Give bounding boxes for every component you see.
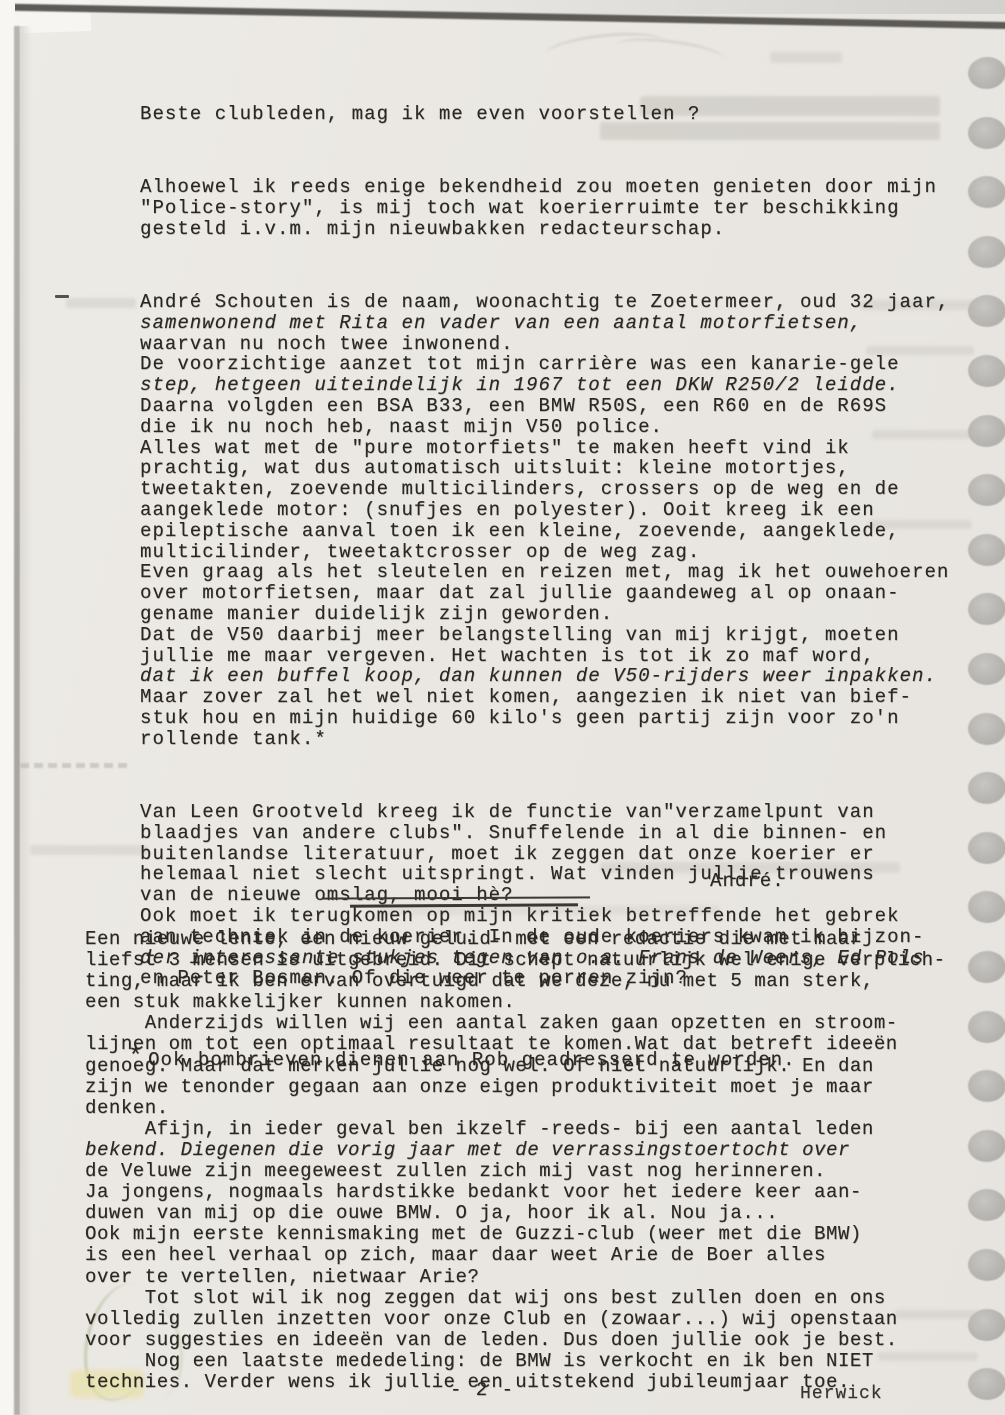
signature: André. xyxy=(710,870,785,892)
text-line: Alles wat met de "pure motorfiets" te ma… xyxy=(140,438,949,459)
page-left-edge-fade xyxy=(20,26,32,1415)
text-line: multicilinder, tweetaktcrosser op de weg… xyxy=(140,542,949,563)
binder-hole-dot xyxy=(968,832,1005,864)
text-line: volledig zullen inzetten voor onze Club … xyxy=(85,1309,946,1330)
text-line: step, hetgeen uiteindelijk in 1967 tot e… xyxy=(140,375,949,396)
text-line: Van Leen Grootveld kreeg ik de functie v… xyxy=(140,802,949,823)
text-line: liefst 3 mensen is uitgebreid. Dit schep… xyxy=(85,950,946,971)
binder-hole-dot xyxy=(968,653,1005,685)
text-line: de Veluwe zijn meegeweest zullen zich mi… xyxy=(85,1161,946,1182)
text-line: helemaal niet slecht uitspringt. Wat vin… xyxy=(140,864,949,885)
text-line: voor suggesties en ideeën van de leden. … xyxy=(85,1330,946,1351)
text-line: Ook mijn eerste kennismaking met de Guzz… xyxy=(85,1224,946,1245)
text-line: prachtig, wat dus automatisch uitsluit: … xyxy=(140,458,949,479)
text-line: is een heel verhaal op zich, maar daar w… xyxy=(85,1245,946,1266)
text-line: blaadjes van andere clubs". Snuffelende … xyxy=(140,823,949,844)
author-signature: Herwick xyxy=(800,1384,883,1404)
text-line: lijnen om tot een optimaal resultaat te … xyxy=(85,1034,946,1055)
text-line: epileptische aanval toen ik een kleine, … xyxy=(140,521,949,542)
text-line: aangeklede motor: (snufjes en polyester)… xyxy=(140,500,949,521)
text-line: Nog een laatste mededeling: de BMW is ve… xyxy=(85,1351,946,1372)
text-line: Maar zover zal het wel niet komen, aange… xyxy=(140,687,949,708)
binder-hole-dot xyxy=(968,1189,1005,1221)
text-line: over te vertellen, nietwaar Arie? xyxy=(85,1267,946,1288)
text-line: buitenlandse literatuur, moet ik zeggen … xyxy=(140,844,949,865)
binder-hole-dot xyxy=(968,1011,1005,1043)
text-line: ting, maar ik ben ervan overtuigd dat we… xyxy=(85,971,946,992)
text-line: een stuk makkelijker kunnen nakomen. xyxy=(85,992,946,1013)
text-line: Ook moet ik terugkomen op mijn kritiek b… xyxy=(140,906,949,927)
text-line: tweetakten, zoevende multicilinders, cro… xyxy=(140,479,949,500)
text-line: samenwonend met Rita en vader van een aa… xyxy=(140,313,949,334)
bleed-through-dashed-line xyxy=(20,763,132,768)
editorial-section: Een nieuwe lente, een nieuw geluid- met … xyxy=(85,929,946,1393)
text-line: André Schouten is de naam, woonachtig te… xyxy=(140,292,949,313)
text-line: gesteld i.v.m. mijn nieuwbakken redacteu… xyxy=(140,219,949,240)
text-line: Daarna volgden een BSA B33, een BMW R50S… xyxy=(140,396,949,417)
scanned-newsletter-page: { "letter": { "paragraphs": [ [ {"t": "B… xyxy=(0,0,1005,1415)
text-line: denken. xyxy=(85,1098,946,1119)
text-line: Anderzijds willen wij een aantal zaken g… xyxy=(85,1013,946,1034)
scan-left-margin xyxy=(0,0,15,1415)
text-line: gename manier duidelijk zijn geworden. xyxy=(140,604,949,625)
text-line: Even graag als het sleutelen en reizen m… xyxy=(140,562,949,583)
text-line: Afijn, in ieder geval ben ikzelf -reeds-… xyxy=(85,1119,946,1140)
intro-paragraph: Alhoewel ik reeds enige bekendheid zou m… xyxy=(140,177,949,239)
text-line: over motorfietsen, maar dat zal jullie g… xyxy=(140,583,949,604)
text-line: De voorzichtige aanzet tot mijn carrière… xyxy=(140,354,949,375)
text-line: Beste clubleden, mag ik me even voorstel… xyxy=(140,104,949,125)
stray-mark xyxy=(55,295,69,298)
bleed-through-artifact xyxy=(30,845,148,855)
binder-hole-dot xyxy=(968,117,1005,149)
text-line: rollende tank.* xyxy=(140,729,949,750)
text-line: genoeg. Maar dat merken jullie nog wel. … xyxy=(85,1056,946,1077)
text-line: Een nieuwe lente, een nieuw geluid- met … xyxy=(85,929,946,950)
text-line: die ik nu noch heb, naast mijn V50 polic… xyxy=(140,417,949,438)
bleed-through-artifact xyxy=(66,298,136,308)
text-line: Ja jongens, nogmaals hardstikke bedankt … xyxy=(85,1182,946,1203)
text-line: Tot slot wil ik nog zeggen dat wij ons b… xyxy=(85,1288,946,1309)
bio-paragraph: André Schouten is de naam, woonachtig te… xyxy=(140,292,949,750)
text-line: jullie me maar vergeven. Het wachten is … xyxy=(140,646,949,667)
binder-hole-dot xyxy=(968,295,1005,327)
text-line: "Police-story", is mij toch wat koerierr… xyxy=(140,198,949,219)
text-line: duwen van mij op die ouwe BMW. O ja, hoo… xyxy=(85,1203,946,1224)
text-line: zijn we tenonder gegaan aan onze eigen p… xyxy=(85,1077,946,1098)
text-line: bekend. Diegenen die vorig jaar met de v… xyxy=(85,1140,946,1161)
binder-hole-dot xyxy=(968,1368,1005,1400)
text-line: Dat de V50 daarbij meer belangstelling v… xyxy=(140,625,949,646)
page-number: - 2 - xyxy=(450,1379,515,1401)
salutation-paragraph: Beste clubleden, mag ik me even voorstel… xyxy=(140,104,949,125)
text-line: stuk hou en mijn huidige 60 kilo's geen … xyxy=(140,708,949,729)
binder-hole-dot xyxy=(968,474,1005,506)
text-line: dat ik een buffel koop, dan kunnen de V5… xyxy=(140,666,949,687)
text-line: waarvan nu noch twee inwonend. xyxy=(140,334,949,355)
text-line: Alhoewel ik reeds enige bekendheid zou m… xyxy=(140,177,949,198)
